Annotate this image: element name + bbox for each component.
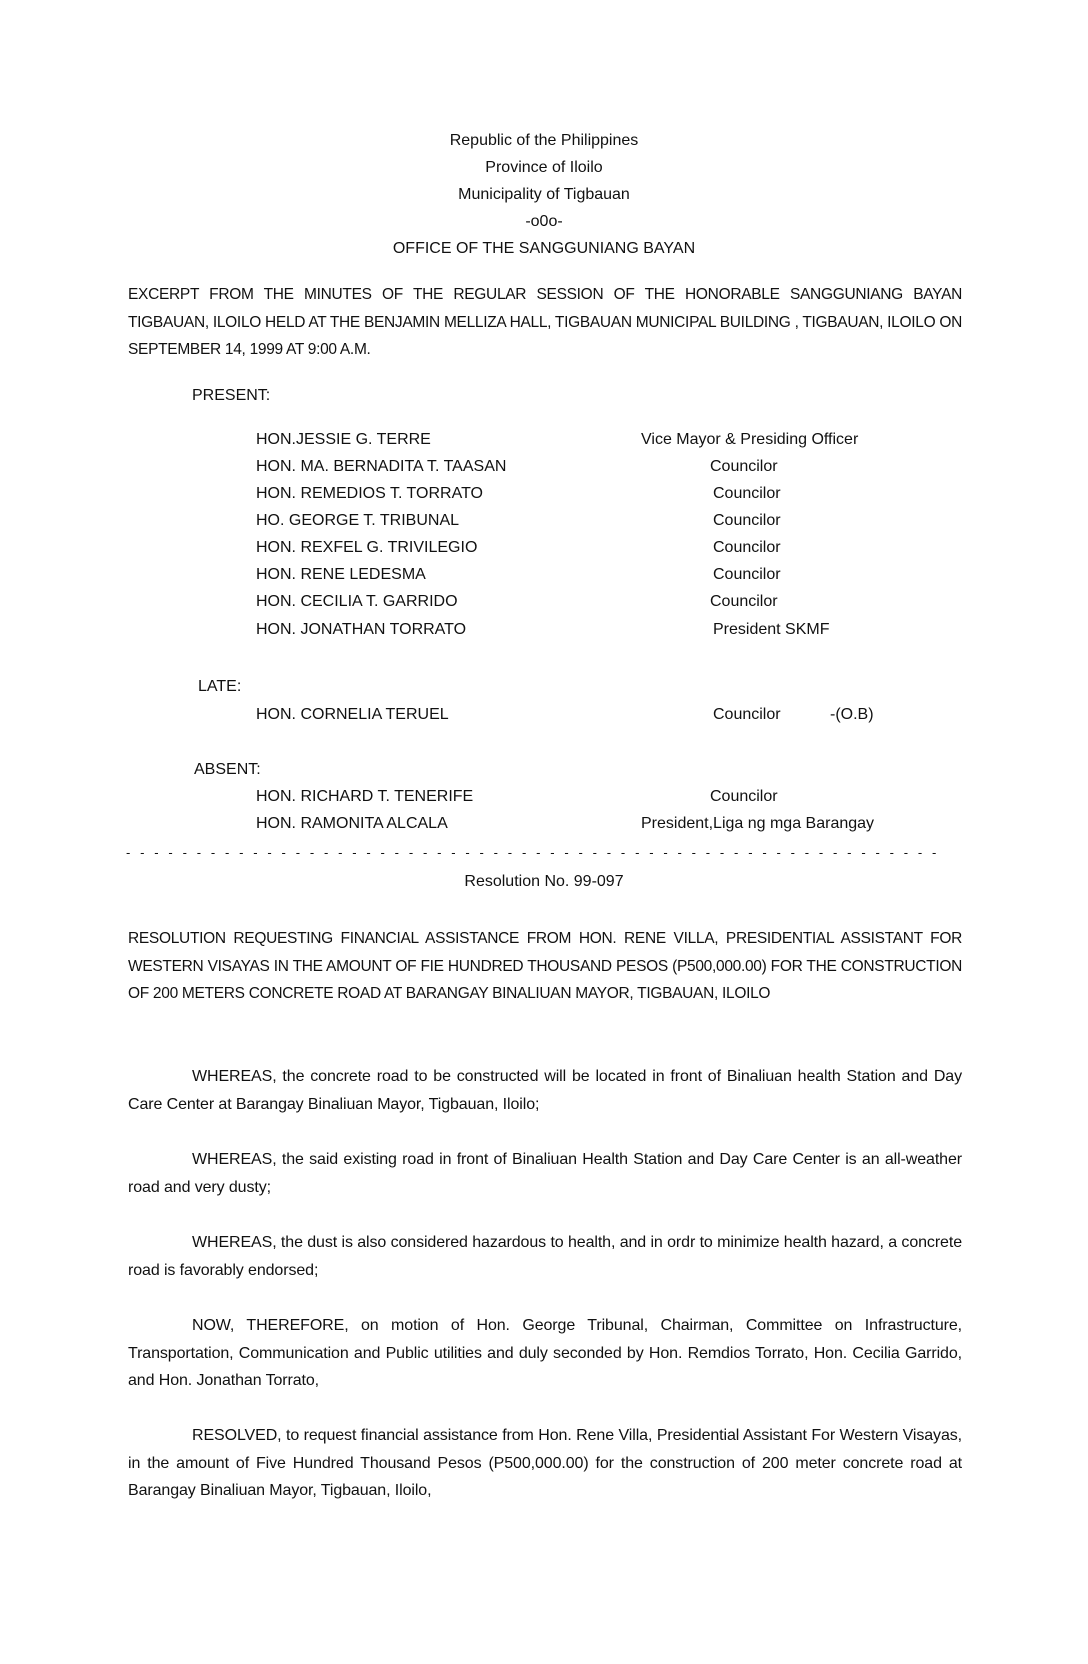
absent-attendee-position: Councilor [710,787,778,807]
attendee-name: HON. JONATHAN TORRATO [256,620,466,640]
late-label: LATE: [198,677,241,697]
attendee-name: HON. MA. BERNADITA T. TAASAN [256,457,506,477]
late-attendee-note: -(O.B) [830,705,874,725]
absent-attendee-position: President,Liga ng mga Barangay [641,814,874,834]
header-province: Province of Iloilo [0,158,1088,178]
attendee-name: HO. GEORGE T. TRIBUNAL [256,511,459,531]
attendee-name: HON.JESSIE G. TERRE [256,430,431,450]
attendee-position: Councilor [713,484,781,504]
header-office: OFFICE OF THE SANGGUNIANG BAYAN [0,239,1088,259]
resolution-number: Resolution No. 99-097 [0,872,1088,892]
late-attendee-position: Councilor [713,705,781,725]
header-republic: Republic of the Philippines [0,131,1088,151]
attendee-position: Councilor [713,511,781,531]
attendee-name: HON. RENE LEDESMA [256,565,426,585]
whereas-paragraph-3: WHEREAS, the dust is also considered haz… [128,1229,962,1284]
resolved-paragraph: RESOLVED, to request financial assistanc… [128,1422,962,1505]
attendee-position: Vice Mayor & Presiding Officer [641,430,858,450]
attendee-position: Councilor [713,565,781,585]
attendee-position: Councilor [710,457,778,477]
document-page: Republic of the Philippines Province of … [0,0,1088,1664]
absent-attendee-name: HON. RAMONITA ALCALA [256,814,448,834]
attendee-name: HON. REXFEL G. TRIVILEGIO [256,538,477,558]
late-attendee-name: HON. CORNELIA TERUEL [256,705,449,725]
present-label: PRESENT: [192,386,270,406]
attendee-name: HON. CECILIA T. GARRIDO [256,592,458,612]
absent-attendee-name: HON. RICHARD T. TENERIFE [256,787,473,807]
attendee-position: Councilor [713,538,781,558]
resolution-title: RESOLUTION REQUESTING FINANCIAL ASSISTAN… [128,925,962,1008]
attendee-name: HON. REMEDIOS T. TORRATO [256,484,483,504]
header-separator: -o0o- [0,212,1088,232]
now-therefore-paragraph: NOW, THEREFORE, on motion of Hon. George… [128,1312,962,1395]
dashed-divider: - - - - - - - - - - - - - - - - - - - - … [126,846,946,860]
attendee-position: Councilor [710,592,778,612]
absent-label: ABSENT: [194,760,261,780]
attendee-position: President SKMF [713,620,829,640]
header-municipality: Municipality of Tigbauan [0,185,1088,205]
whereas-paragraph-2: WHEREAS, the said existing road in front… [128,1146,962,1201]
whereas-paragraph-1: WHEREAS, the concrete road to be constru… [128,1063,962,1118]
excerpt-paragraph: EXCERPT FROM THE MINUTES OF THE REGULAR … [128,281,962,364]
